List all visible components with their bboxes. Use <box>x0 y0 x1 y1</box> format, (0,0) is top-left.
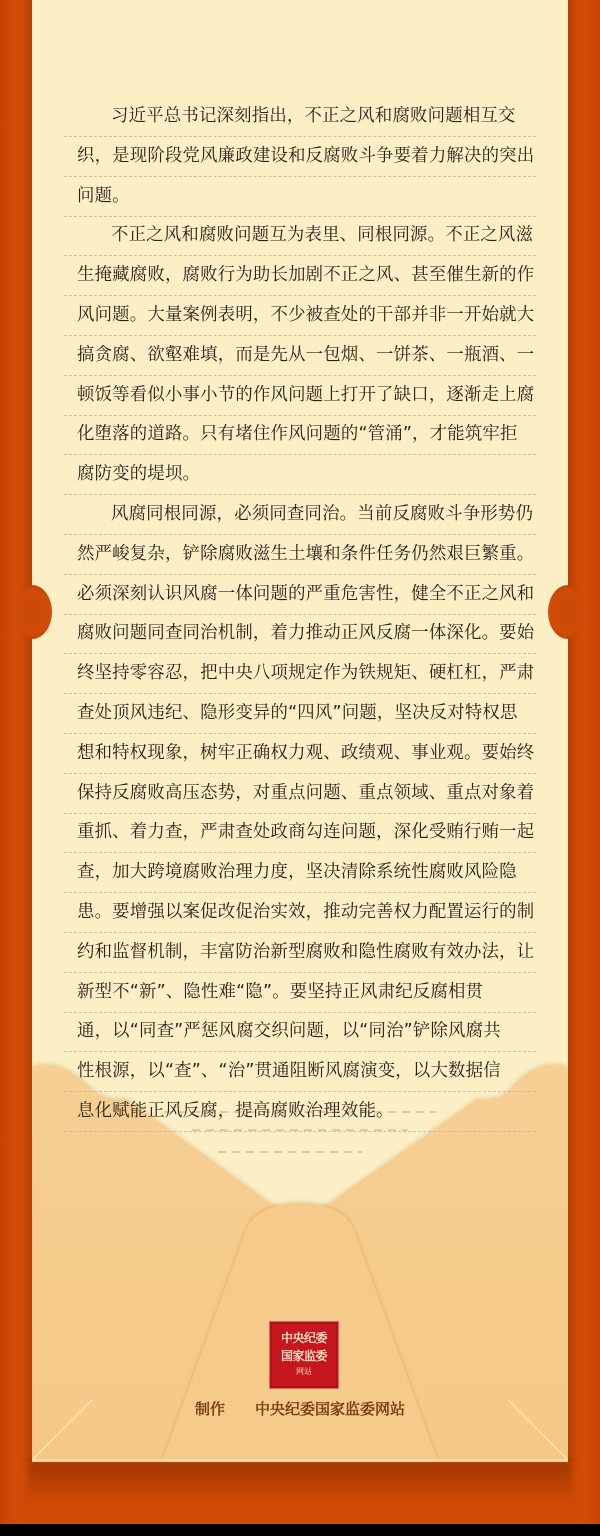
dashed-rule <box>64 972 536 973</box>
dashed-rule <box>64 773 536 774</box>
dashed-rule <box>64 932 536 933</box>
paragraph-first-line: 风腐同根同源，必须同查同治。当前反腐败斗争形势仍 <box>111 499 571 529</box>
paragraph-line: 终坚持零容忍，把中央八项规定作为铁规矩、硬杠杠，严肃 <box>77 658 537 688</box>
dashed-rule <box>64 892 536 893</box>
paragraph-line: 生掩藏腐败，腐败行为助长加剧不正之风、甚至催生新的作 <box>77 260 537 290</box>
seal-line-2: 国家监委 <box>272 1347 336 1365</box>
dashed-rule <box>64 653 536 654</box>
dashed-rule <box>64 574 536 575</box>
paragraph-line: 新型不“新”、隐性难“隐”。要坚持正风肃纪反腐相贯 <box>77 977 537 1007</box>
paragraph-line: 腐防变的堤坝。 <box>77 459 537 489</box>
paragraph-line: 织，是现阶段党风廉政建设和反腐败斗争要着力解决的突出 <box>77 141 537 171</box>
paragraph-line: 搞贪腐、欲壑难填，而是先从一包烟、一饼茶、一瓶酒、一 <box>77 340 537 370</box>
dashed-rule <box>64 415 536 416</box>
paragraph-line: 顿饭等看似小事小节的作风问题上打开了缺口，逐渐走上腐 <box>77 380 537 410</box>
paragraph-line: 化堕落的道路。只有堵住作风问题的“管涌”，才能筑牢拒 <box>77 419 537 449</box>
dashed-rule <box>64 733 536 734</box>
paragraph-line: 约和监督机制，丰富防治新型腐败和隐性腐败有效办法，让 <box>77 937 537 967</box>
paragraph-line: 想和特权现象，树牢正确权力观、政绩观、事业观。要始终 <box>77 738 537 768</box>
credit-label: 制作 <box>195 1398 225 1419</box>
dashed-rule <box>64 375 536 376</box>
dashed-rule <box>64 454 536 455</box>
paragraph-first-line: 不正之风和腐败问题互为表里、同根同源。不正之风滋 <box>111 220 571 250</box>
paragraph-line: 查，加大跨境腐败治理力度，坚决清除系统性腐败风险隐 <box>77 857 537 887</box>
dashed-rule <box>64 1131 536 1132</box>
paragraph-first-line: 习近平总书记深刻指出，不正之风和腐败问题相互交 <box>111 101 571 131</box>
dashed-rule <box>64 852 536 853</box>
dashed-rule <box>64 255 536 256</box>
paragraph-line: 必须深刻认识风腐一体问题的严重危害性，健全不正之风和 <box>77 579 537 609</box>
paragraph-line: 保持反腐败高压态势，对重点问题、重点领域、重点对象着 <box>77 778 537 808</box>
paragraph-line: 性根源，以“查”、“治”贯通阻断风腐演变，以大数据信 <box>77 1056 537 1086</box>
dashed-rule <box>64 1051 536 1052</box>
right-notch <box>548 585 588 639</box>
bottom-shadow <box>28 1462 572 1502</box>
seal-line-1: 中央纪委 <box>272 1329 336 1347</box>
paragraph-line: 通，以“同查”严惩风腐交织问题，以“同治”铲除风腐共 <box>77 1016 537 1046</box>
dashed-rule <box>64 693 536 694</box>
paragraph-line: 息化赋能正风反腐，提高腐败治理效能。 <box>77 1096 537 1126</box>
paragraph-line: 问题。 <box>77 181 537 211</box>
dashed-rule <box>64 494 536 495</box>
dashed-rule <box>64 1012 536 1013</box>
left-notch <box>12 585 52 639</box>
paragraph-line: 患。要增强以案促改促治实效，推动完善权力配置运行的制 <box>77 897 537 927</box>
paragraph-line: 重抓、着力查，严肃查处政商勾连问题，深化受贿行贿一起 <box>77 817 537 847</box>
dashed-rule <box>64 813 536 814</box>
right-shadow <box>568 0 578 1462</box>
paragraph-line: 查处顶风违纪、隐形变异的“四风”问题，坚决反对特权思 <box>77 698 537 728</box>
dashed-rule <box>64 295 536 296</box>
left-shadow <box>22 0 32 1462</box>
paragraph-line: 风问题。大量案例表明，不少被查处的干部并非一开始就大 <box>77 300 537 330</box>
dashed-rule <box>64 534 536 535</box>
paragraph-line: 然严峻复杂，铲除腐败滋生土壤和条件任务仍然艰巨繁重。 <box>77 539 537 569</box>
seal-line-3: 网站 <box>272 1365 336 1379</box>
credit-org: 中央纪委国家监委网站 <box>255 1398 405 1419</box>
paragraph-line: 腐败问题同查同治机制，着力推动正风反腐一体深化。要始 <box>77 618 537 648</box>
dashed-rule <box>64 614 536 615</box>
dashed-rule <box>64 136 536 137</box>
dashed-rule <box>64 176 536 177</box>
seal-stamp-icon: 中央纪委 国家监委 网站 <box>270 1322 338 1388</box>
dashed-rule <box>64 1091 536 1092</box>
dashed-rule <box>64 335 536 336</box>
dashed-rule <box>64 216 536 217</box>
credit-line: 制作 中央纪委国家监委网站 <box>0 1398 600 1420</box>
